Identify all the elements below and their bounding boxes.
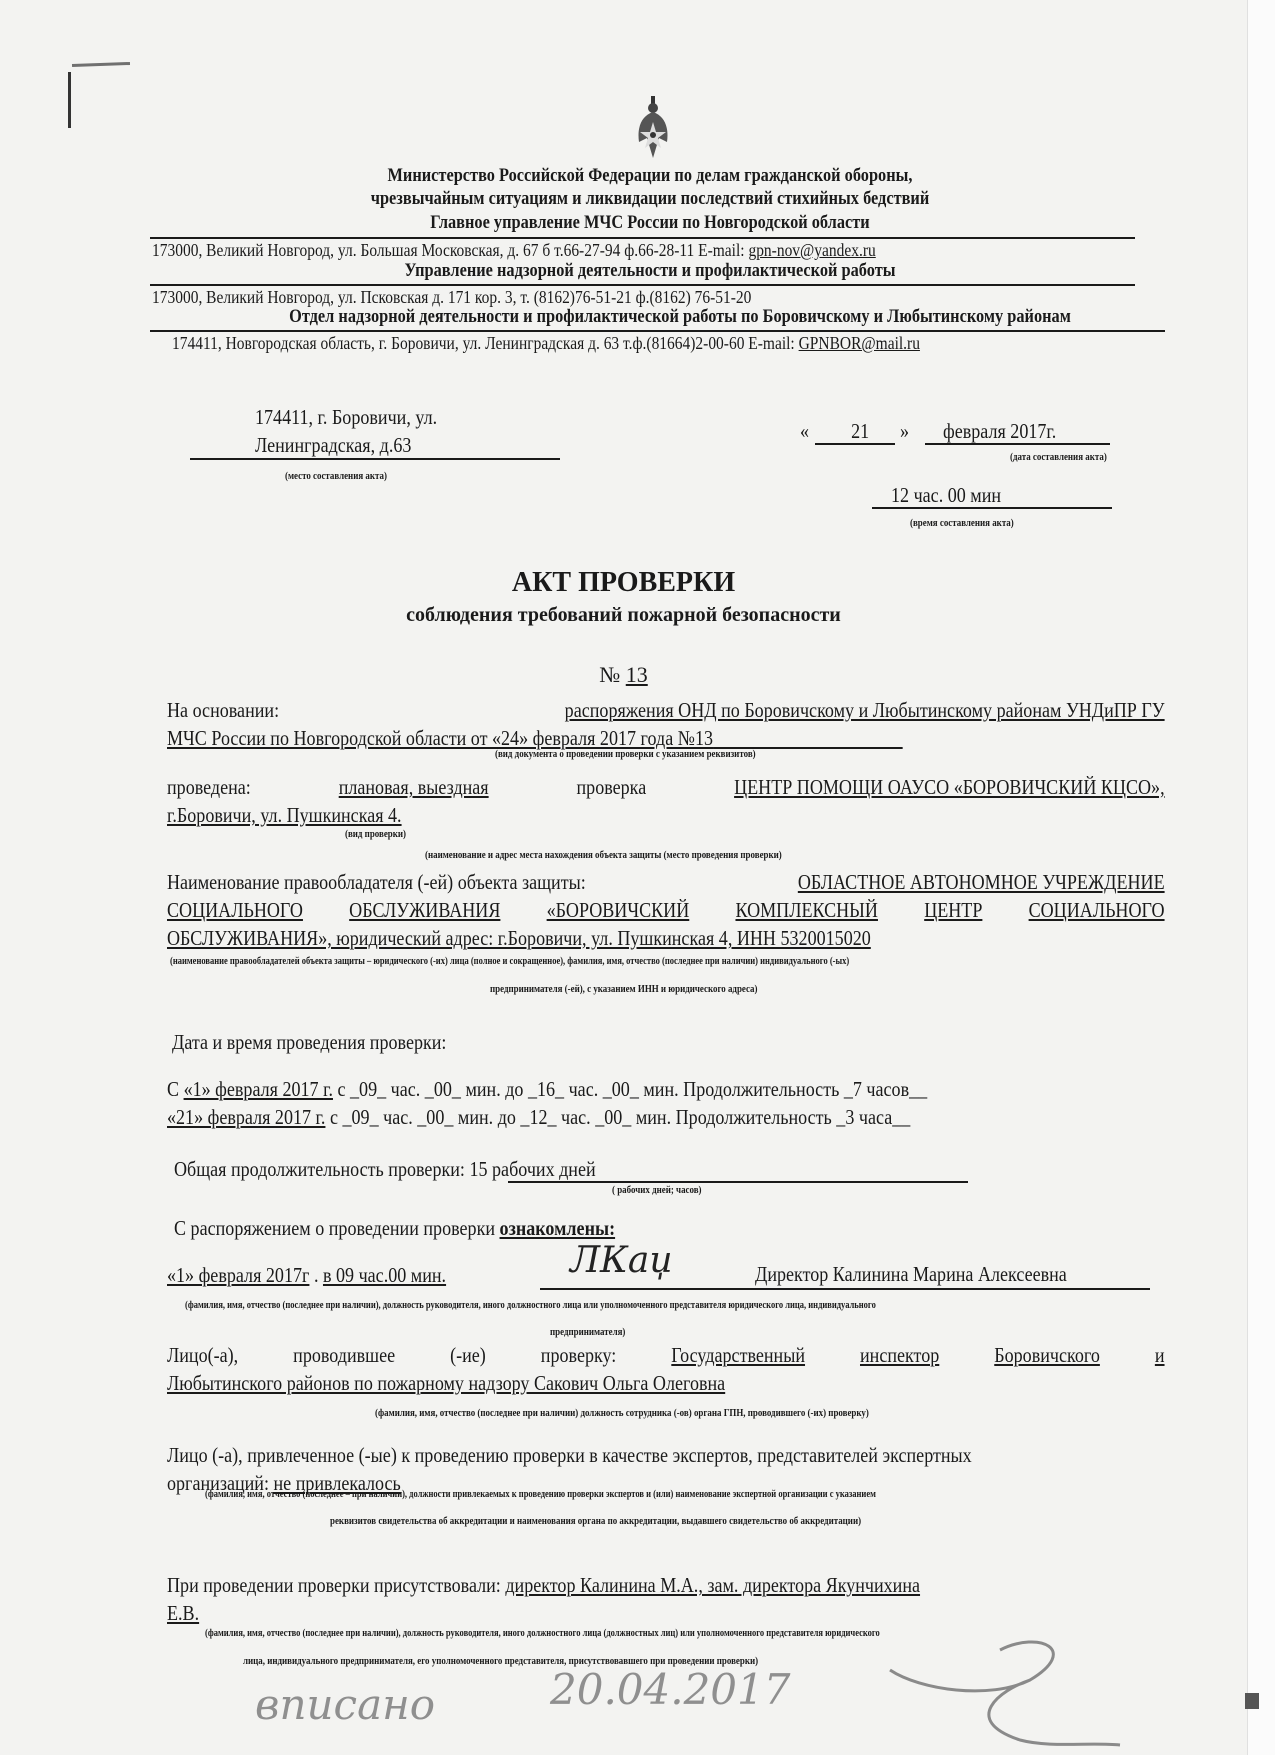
owner-name: ОБЛАСТНОЕ АВТОНОМНОЕ УЧРЕЖДЕНИЕ (798, 870, 1165, 895)
schedule-label: Дата и время проведения проверки: (172, 1030, 446, 1055)
acquainted-person: Директор Калинина Марина Алексеевна (755, 1262, 1067, 1287)
handwritten-note: вписано (255, 1680, 435, 1729)
main-department-address: 173000, Великий Новгород, ул. Большая Мо… (152, 240, 876, 261)
basis-document: распоряжения ОНД по Боровичскому и Любыт… (565, 698, 1165, 723)
acquainted-underline (540, 1288, 1150, 1290)
basis-line2: МЧС России по Новгородской области от «2… (167, 726, 903, 751)
experts-line1: Лицо (-а), привлеченное (-ые) к проведен… (167, 1443, 972, 1468)
inspection-type-caption: (вид проверки) (345, 829, 406, 840)
inspection-label: проведена: (167, 775, 251, 800)
ministry-line1: Министерство Российской Федерации по дел… (203, 165, 1097, 187)
date-underline (925, 443, 1110, 445)
word: и (1155, 1343, 1165, 1368)
date-day: 21 (830, 419, 890, 444)
inspection-line2: г.Боровичи, ул. Пушкинская 4. (167, 803, 402, 828)
emchs-emblem-icon (633, 94, 673, 164)
date-caption: (дата составления акта) (1010, 452, 1107, 463)
total-caption: ( рабочих дней; часов) (612, 1185, 702, 1196)
directorate: Управление надзорной деятельности и проф… (203, 260, 1097, 282)
owner-line1: Наименование правообладателя (-ей) объек… (167, 870, 1165, 895)
handwritten-signature (880, 1630, 1180, 1750)
present-line1: При проведении проверки присутствовали: … (167, 1573, 920, 1598)
inspector-line1: Лицо(-а),проводившее(-ие)проверку:Госуда… (167, 1343, 1165, 1368)
place-caption: (место составления акта) (285, 471, 387, 482)
inspection-object-caption: (наименование и адрес места нахождения о… (425, 850, 782, 861)
owner-line3: ОБСЛУЖИВАНИЯ», юридический адрес: г.Боро… (167, 926, 871, 951)
basis-label: На основании: (167, 698, 279, 723)
word: ОБСЛУЖИВАНИЯ (349, 898, 500, 923)
word: ЦЕНТР (924, 898, 982, 923)
word: Боровичского (994, 1343, 1100, 1368)
place-underline (190, 458, 560, 460)
letterhead-rule (150, 330, 1165, 332)
inspector-line2: Любытинского районов по пожарному надзор… (167, 1371, 725, 1396)
place-line2: Ленинградская, д.63 (255, 433, 411, 458)
word: Государственный (671, 1343, 805, 1368)
date-open-quote: « (800, 419, 809, 444)
present-caption1: (фамилия, имя, отчество (последнее при н… (205, 1628, 880, 1639)
word: (-ие) (450, 1343, 486, 1368)
inspection-word: проверка (576, 775, 646, 800)
date-month-year: февраля 2017г. (943, 419, 1056, 444)
division-email[interactable]: GPNBOR@mail.ru (799, 333, 920, 353)
act-number: № 13 (0, 662, 1247, 688)
directorate-address: 173000, Великий Новгород, ул. Псковская … (152, 287, 751, 308)
word: «БОРОВИЧСКИЙ (547, 898, 690, 923)
basis-line1: На основании: распоряжения ОНД по Борови… (167, 698, 1165, 723)
word: СОЦИАЛЬНОГО (1029, 898, 1165, 923)
act-title: АКТ ПРОВЕРКИ (0, 567, 1247, 599)
inspection-type: плановая, выездная (339, 775, 489, 800)
acquainted-caption2: предпринимателя) (550, 1327, 625, 1338)
corner-mark (68, 72, 71, 128)
word: СОЦИАЛЬНОГО (167, 898, 303, 923)
owner-label: Наименование правообладателя (-ей) объек… (167, 870, 586, 895)
letterhead-rule (150, 284, 1135, 286)
date-day-underline (815, 443, 895, 445)
schedule-row: С «1» февраля 2017 г. с _09_ час. _00_ м… (167, 1077, 927, 1102)
division-address: 174411, Новгородская область, г. Борович… (172, 333, 920, 354)
scan-edge (1247, 0, 1275, 1755)
acquainted-label: С распоряжением о проведении проверки оз… (174, 1216, 615, 1241)
main-department: Главное управление МЧС России по Новгоро… (203, 212, 1097, 234)
word: инспектор (860, 1343, 939, 1368)
inspection-object: ЦЕНТР ПОМОЩИ ОАУСО «БОРОВИЧСКИЙ КЦСО», (734, 775, 1165, 800)
place-line1: 174411, г. Боровичи, ул. (255, 405, 437, 430)
word: КОМПЛЕКСНЫЙ (735, 898, 878, 923)
owner-caption1: (наименование правообладателей объекта з… (170, 956, 849, 967)
time-underline (872, 507, 1112, 509)
experts-caption2: реквизитов свидетельства об аккредитации… (330, 1516, 861, 1527)
director-signature: ЛКаџ (570, 1240, 673, 1281)
basis-caption: (вид документа о проведении проверки с у… (495, 749, 756, 760)
letterhead-rule (150, 237, 1135, 239)
acquainted-caption1: (фамилия, имя, отчество (последнее при н… (185, 1300, 876, 1311)
experts-caption1: (фамилия, имя, отчество (последнее – при… (205, 1489, 876, 1500)
time-caption: (время составления акта) (910, 518, 1014, 529)
act-subtitle: соблюдения требований пожарной безопасно… (0, 604, 1247, 627)
ministry-line2: чрезвычайным ситуациям и ликвидации посл… (203, 188, 1097, 210)
acquainted-date: «1» февраля 2017г . в 09 час.00 мин. (167, 1263, 446, 1288)
division: Отдел надзорной деятельности и профилакт… (233, 306, 1127, 328)
main-department-email[interactable]: gpn-nov@yandex.ru (748, 240, 875, 260)
total-underline (508, 1181, 968, 1183)
present-line2: Е.В. (167, 1601, 199, 1626)
word: проверку: (541, 1343, 617, 1368)
date-close-quote: » (900, 419, 909, 444)
schedule-row: «21» февраля 2017 г. с _09_ час. _00_ ми… (167, 1105, 910, 1130)
scan-blot (1245, 1693, 1259, 1709)
owner-caption2: предпринимателя (-ей), с указанием ИНН и… (490, 984, 757, 995)
owner-line2: СОЦИАЛЬНОГООБСЛУЖИВАНИЯ«БОРОВИЧСКИЙКОМПЛ… (167, 898, 1165, 923)
word: проводившее (293, 1343, 395, 1368)
total-duration: Общая продолжительность проверки: 15 раб… (174, 1157, 596, 1182)
word: Лицо(-а), (167, 1343, 238, 1368)
handwritten-date: 20.04.2017 (550, 1665, 790, 1714)
act-time: 12 час. 00 мин (891, 483, 1001, 508)
inspector-caption: (фамилия, имя, отчество (последнее при н… (375, 1408, 869, 1419)
inspection-line1: проведена: плановая, выездная проверка Ц… (167, 775, 1165, 800)
